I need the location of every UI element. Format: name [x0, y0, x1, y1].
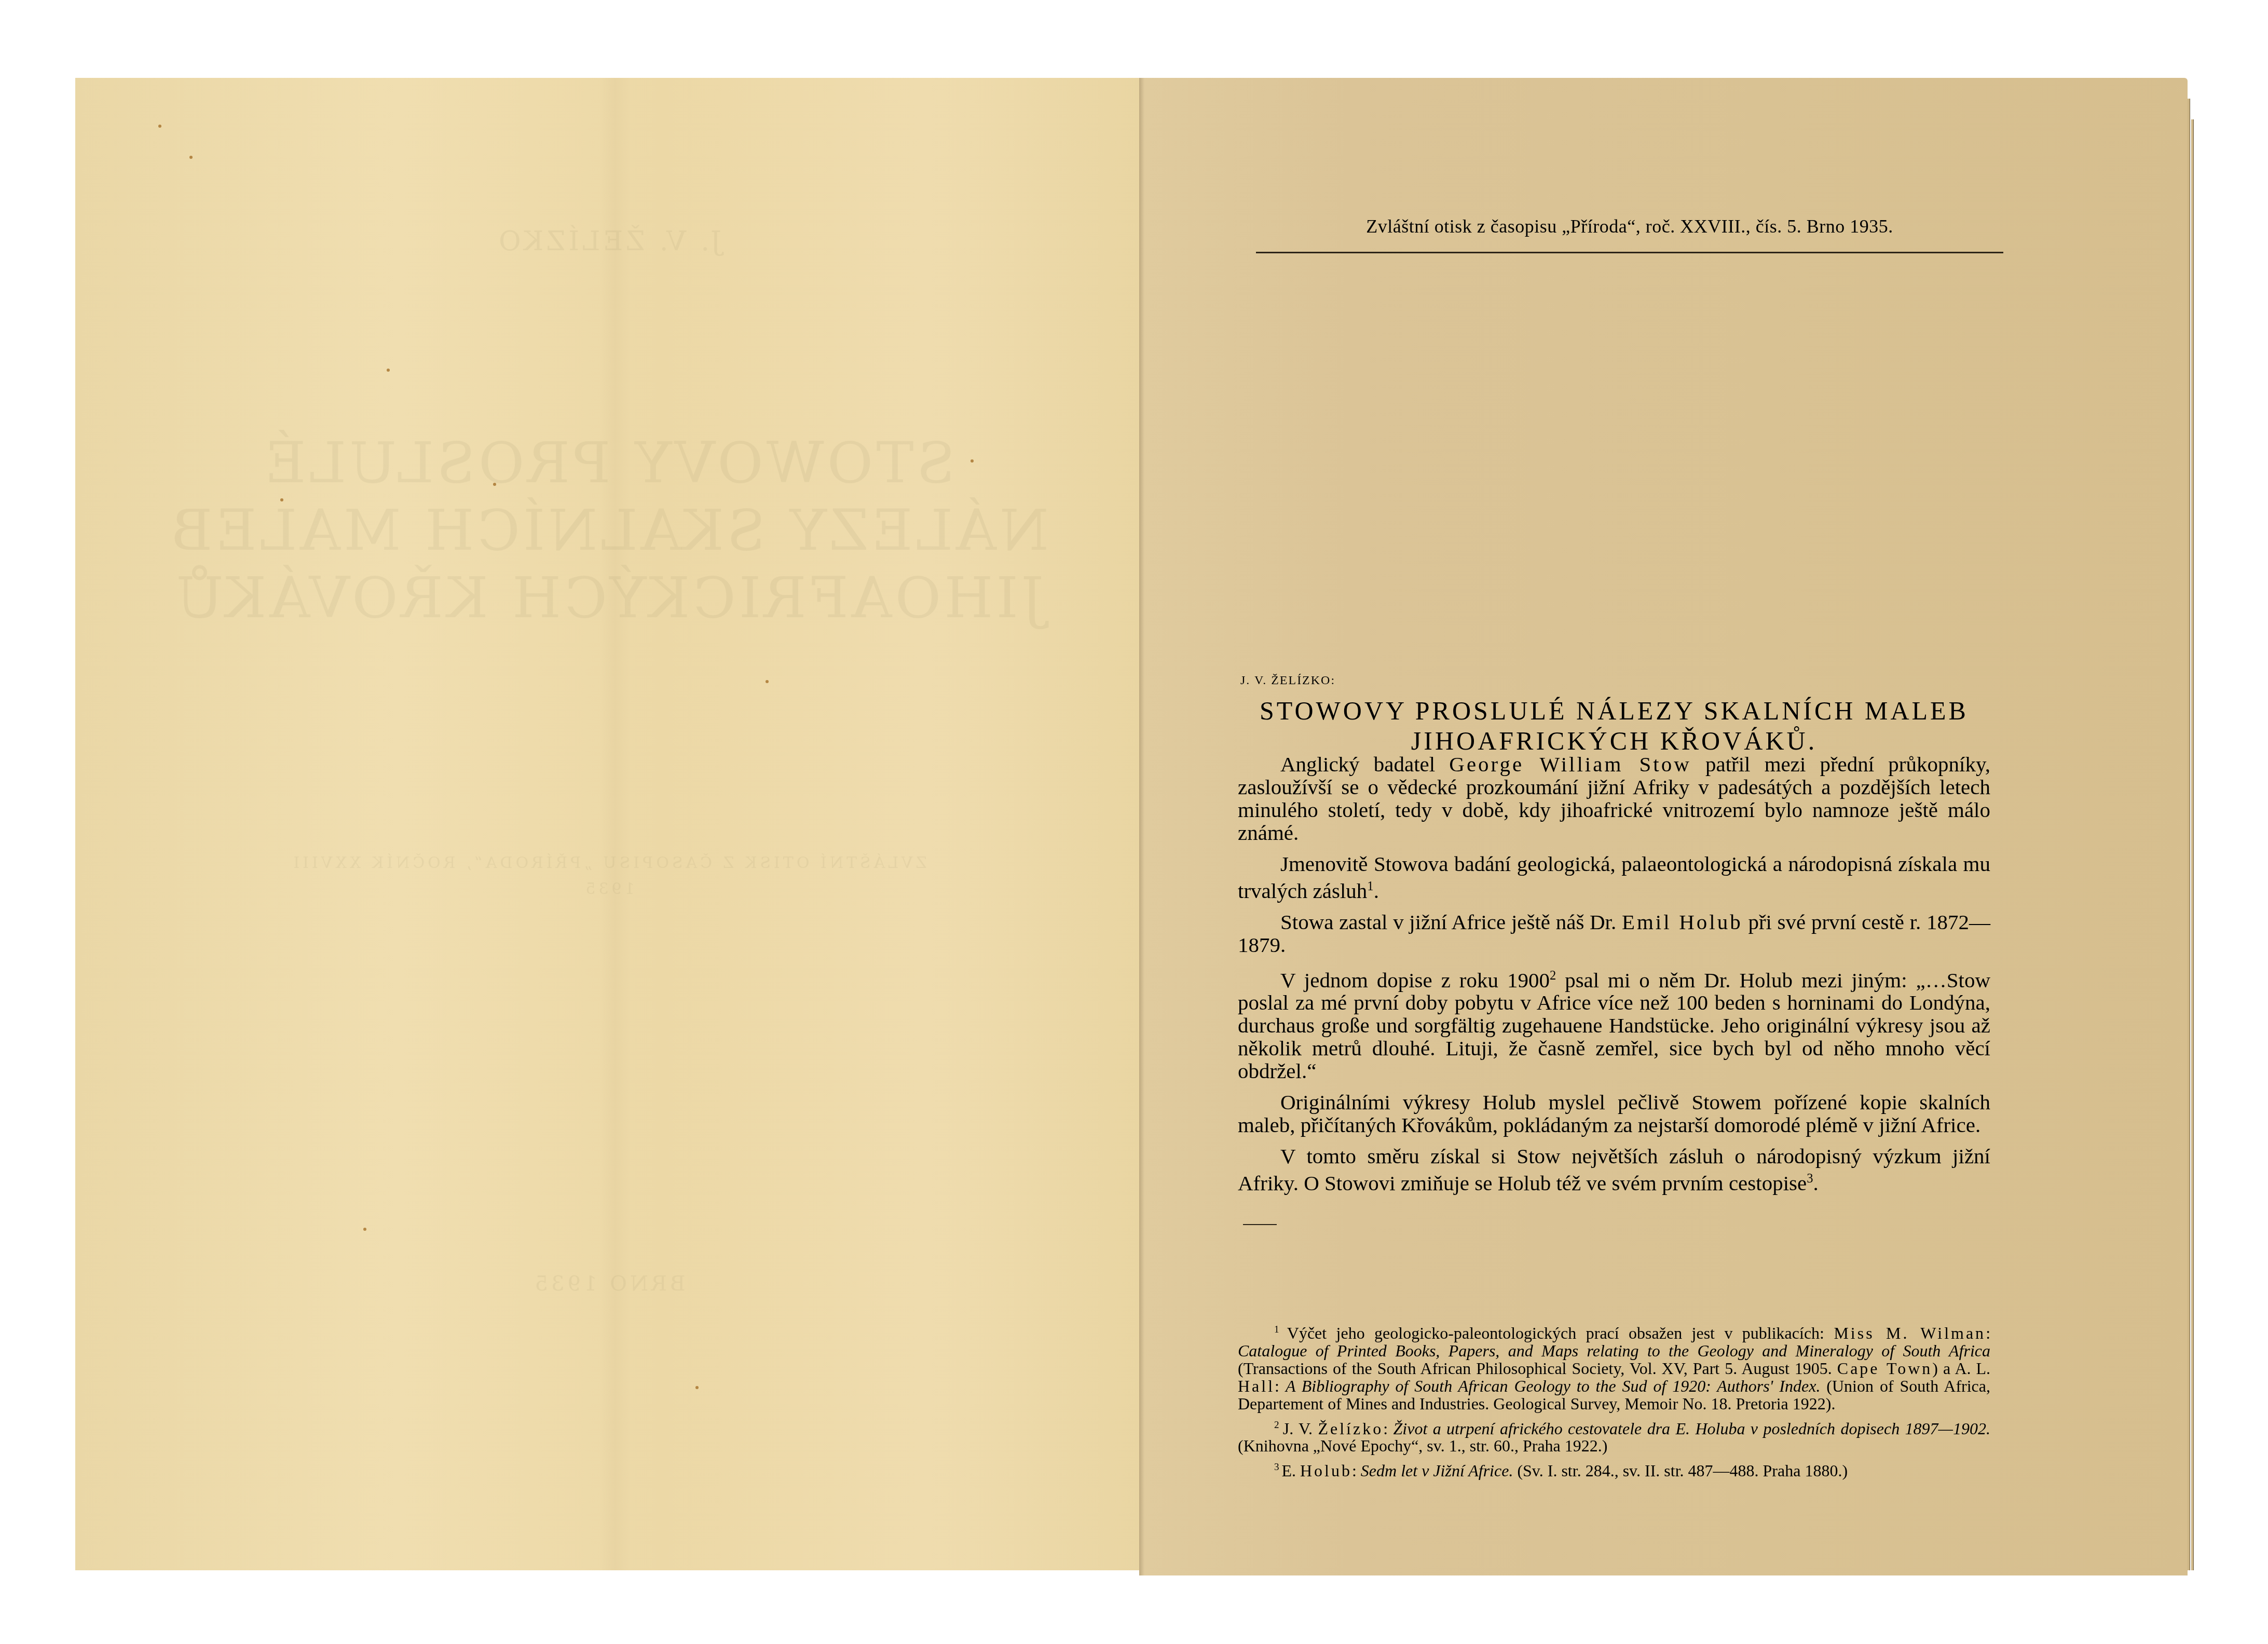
foxing-spot [158, 125, 161, 128]
footnote-ref: 1 [1367, 879, 1373, 893]
footnote-ref: 2 [1550, 969, 1556, 983]
spine-shadow [1139, 78, 1144, 1575]
show-through-imprint-line-2: 1935 [75, 880, 1142, 898]
right-page: Zvláštní otisk z časopisu „Příroda“, roč… [1139, 78, 2188, 1575]
body-paragraph: Stowa zastal v jižní Africe ještě náš Dr… [1238, 911, 1990, 956]
footnote: 1 Výčet jeho geologicko-paleontologickýc… [1238, 1321, 1990, 1412]
page-edge [2188, 99, 2190, 1570]
foxing-spot [695, 1386, 699, 1389]
show-through-author: J. V. ŽELÍZKO [75, 226, 1142, 257]
paper-fold [599, 78, 631, 1570]
footnote-rule [1243, 1224, 1277, 1225]
footnote-ref: 3 [1807, 1172, 1813, 1186]
body-paragraph: Originálními výkresy Holub myslel pečliv… [1238, 1091, 1990, 1136]
show-through-title-line-1: STOWOVY PROSLULÉ [75, 431, 1142, 496]
show-through-title-line-3: JIHOAFRICKÝCH KŘOVÁKŮ [75, 566, 1142, 631]
foxing-spot [189, 156, 193, 159]
body-paragraph: V tomto směru získal si Stow největších … [1238, 1145, 1990, 1194]
show-through-imprint-line-1: ZVLÁŠTNÍ OTISK Z ČASOPISU „PŘÍRODA“, ROČ… [75, 854, 1142, 872]
body-paragraph: Jmenovitě Stowova badání geologická, pal… [1238, 852, 1990, 902]
header-rule [1256, 252, 2003, 253]
footnote: 2 J. V. Želízko: Život a utrpení africké… [1238, 1417, 1990, 1455]
article-body: Anglický badatel George William Stow pat… [1238, 753, 1990, 1203]
body-paragraph: Anglický badatel George William Stow pat… [1238, 753, 1990, 844]
title-line-2: JIHOAFRICKÝCH KŘOVÁKŮ. [1238, 726, 1990, 756]
foxing-spot [971, 459, 974, 463]
page-edge [2191, 119, 2194, 1570]
footnote: 3 E. Holub: Sedm let v Jižní Africe. (Sv… [1238, 1459, 1990, 1479]
article-author: J. V. ŽELÍZKO: [1240, 674, 1335, 688]
foxing-spot [363, 1228, 366, 1231]
show-through-title-line-2: NÁLEZY SKALNÍCH MALEB [75, 498, 1142, 563]
show-through-place: BRNO 1935 [75, 1272, 1142, 1296]
foxing-spot [387, 369, 390, 372]
footnotes: 1 Výčet jeho geologicko-paleontologickýc… [1238, 1321, 1990, 1484]
left-page: J. V. ŽELÍZKO STOWOVY PROSLULÉ NÁLEZY SK… [75, 78, 1142, 1570]
title-line-1: STOWOVY PROSLULÉ NÁLEZY SKALNÍCH MALEB [1238, 696, 1990, 726]
foxing-spot [766, 680, 769, 683]
foxing-spot [493, 483, 496, 486]
foxing-spot [280, 498, 283, 501]
offprint-header: Zvláštní otisk z časopisu „Příroda“, roč… [1256, 215, 2003, 237]
article-title: STOWOVY PROSLULÉ NÁLEZY SKALNÍCH MALEB J… [1238, 696, 1990, 756]
body-paragraph: V jednom dopise z roku 19002 psal mi o n… [1238, 964, 1990, 1083]
